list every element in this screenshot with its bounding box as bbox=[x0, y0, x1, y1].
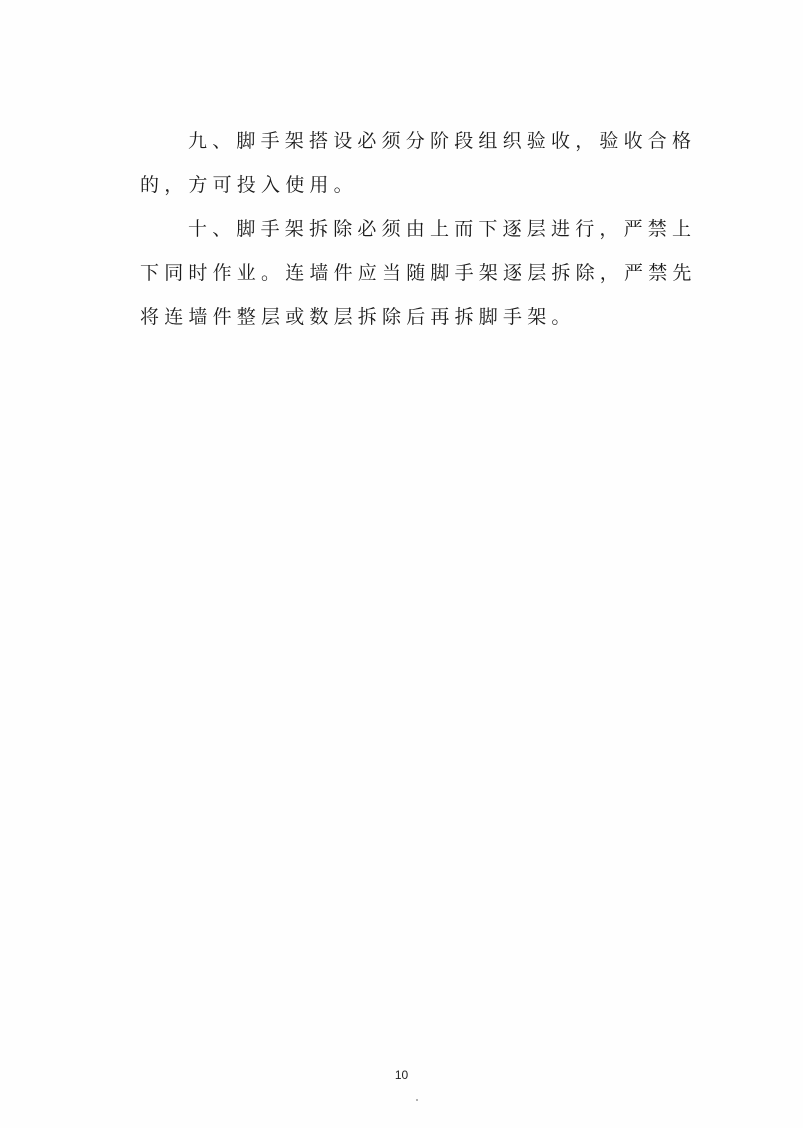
document-page: 九、脚手架搭设必须分阶段组织验收，验收合格的，方可投入使用。 十、脚手架拆除必须… bbox=[0, 0, 803, 1128]
paragraph-item-9: 九、脚手架搭设必须分阶段组织验收，验收合格的，方可投入使用。 bbox=[140, 119, 700, 207]
scan-artifact bbox=[416, 1099, 418, 1101]
paragraph-item-10: 十、脚手架拆除必须由上而下逐层进行，严禁上下同时作业。连墙件应当随脚手架逐层拆除… bbox=[140, 207, 700, 339]
page-number: 10 bbox=[0, 1068, 803, 1082]
